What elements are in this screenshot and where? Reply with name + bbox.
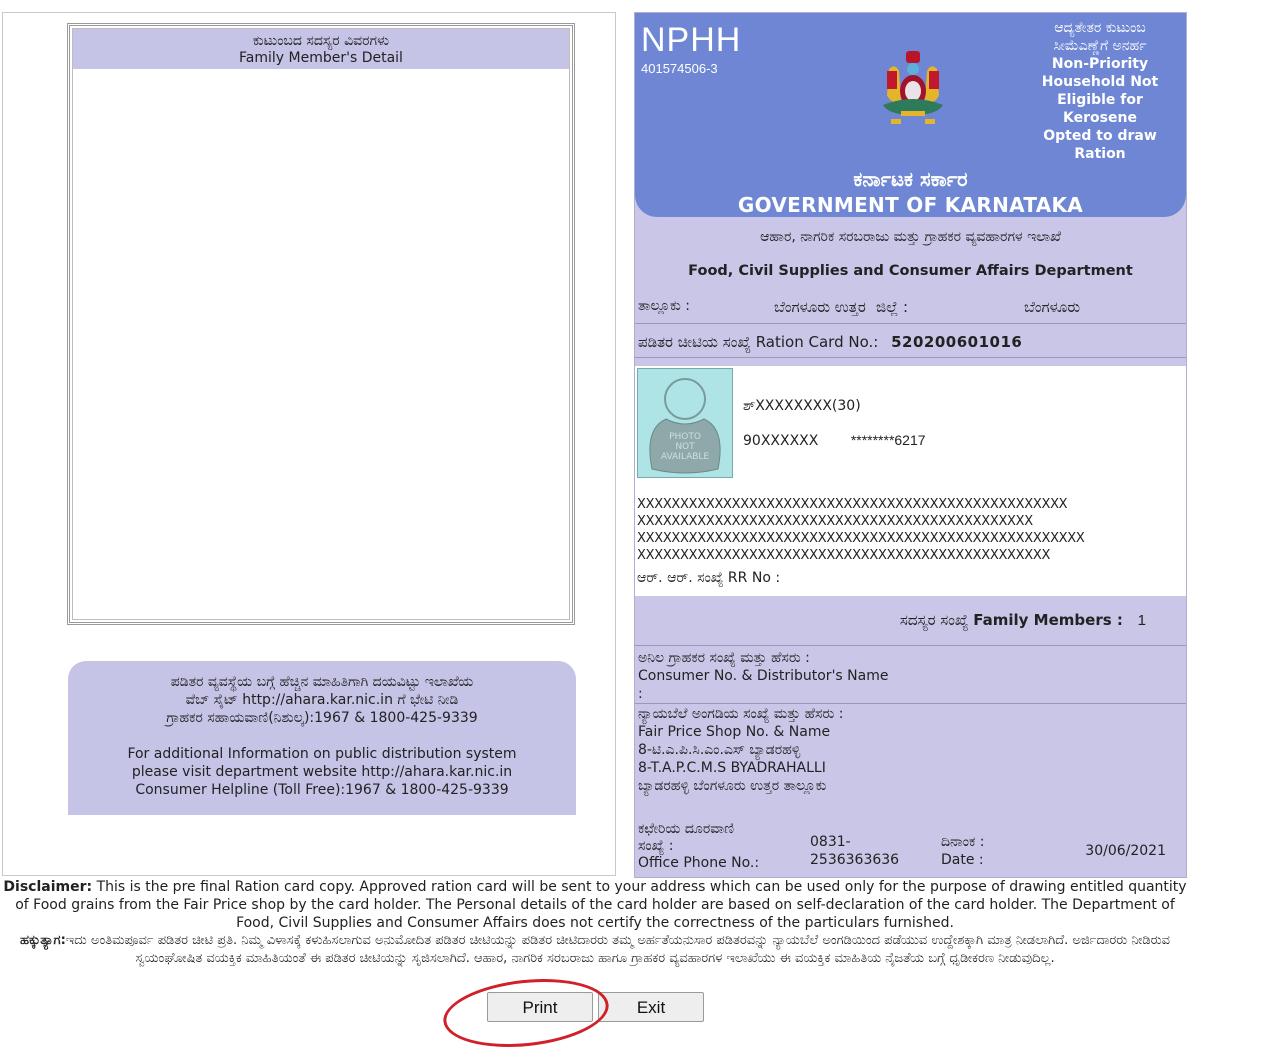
disclaimer-text-en: This is the pre final Ration card copy. … [15, 879, 1186, 931]
member-id-row: 90XXXXXX ********6217 [743, 432, 926, 449]
fps-label-en: Fair Price Shop No. & Name [638, 723, 843, 741]
category-en-line: Household Not [1020, 73, 1180, 91]
svg-text:PHOTO: PHOTO [669, 432, 701, 442]
exit-button[interactable]: Exit [598, 992, 704, 1022]
info-en-line1: For additional Information on public dis… [68, 745, 576, 763]
district-value: ಬೆಂಗಳೂರು [1024, 298, 1080, 316]
phone-value-part: 2536363636 [810, 851, 899, 869]
office-phone-label: ಕಛೇರಿಯ ದೂರವಾಣಿ ಸಂಖ್ಯೆ : Office Phone No.… [638, 821, 759, 872]
consumer-label-en: Consumer No. & Distributor's Name [638, 667, 888, 685]
info-en-line2: please visit department website http://a… [68, 763, 576, 781]
address-line: XXXXXXXXXXXXXXXXXXXXXXXXXXXXXXXXXXXXXXXX… [637, 530, 1182, 547]
office-phone-value: 0831- 2536363636 [810, 833, 899, 869]
member-id: 90XXXXXX [743, 433, 818, 449]
disclaimer: Disclaimer: This is the pre final Ration… [0, 878, 1190, 968]
category-en-line: Opted to draw [1020, 127, 1180, 145]
family-members-count: 1 [1138, 612, 1146, 629]
address-line: XXXXXXXXXXXXXXXXXXXXXXXXXXXXXXXXXXXXXXXX… [637, 513, 1182, 530]
taluk-label: ತಾಲ್ಲೂಕು : [638, 298, 690, 314]
rr-number-label: ಆರ್. ಆರ್. ಸಂಖ್ಯೆ RR No : [637, 570, 780, 586]
district-label: ಜಿಲ್ಲೆ : [876, 298, 908, 316]
person-silhouette-icon: PHOTO NOT AVAILABLE [638, 369, 732, 477]
category-en-line: Non-Priority [1020, 55, 1180, 73]
family-member-detail-header: ಕುಟುಂಬದ ಸದಸ್ಯರ ವಿವರಗಳು Family Member's D… [73, 29, 569, 69]
category-en-line: Eligible for [1020, 91, 1180, 109]
photo-placeholder: PHOTO NOT AVAILABLE [637, 368, 733, 478]
date-label-en: Date : [941, 851, 984, 869]
gas-consumer-block: ಅನಿಲ ಗ್ರಾಹಕರ ಸಂಖ್ಯೆ ಮತ್ತು ಹೆಸರು : Consum… [638, 649, 888, 703]
date-label-kn: ದಿನಾಂಕ : [941, 833, 984, 851]
fair-price-shop-block: ನ್ಯಾಯಬೆಲೆ ಅಂಗಡಿಯ ಸಂಖ್ಯೆ ಮತ್ತು ಹೆಸರು : Fa… [638, 705, 843, 795]
consumer-value: : [638, 685, 888, 703]
divider [635, 357, 1186, 358]
phone-label-kn: ಕಛೇರಿಯ ದೂರವಾಣಿ [638, 821, 759, 838]
member-details: PHOTO NOT AVAILABLE ಶ್XXXXXXXX(30) 90XXX… [635, 366, 1186, 596]
consumer-label-kn: ಅನಿಲ ಗ್ರಾಹಕರ ಸಂಖ್ಯೆ ಮತ್ತು ಹೆಸರು : [638, 649, 888, 667]
help-info-box: ಪಡಿತರ ವ್ಯವಸ್ಥೆಯ ಬಗ್ಗೆ ಹೆಚ್ಚಿನ ಮಾಹಿತಿಗಾಗಿ… [68, 661, 576, 815]
department-name-kn: ಆಹಾರ, ನಾಗರಿಕ ಸರಬರಾಜು ಮತ್ತು ಗ್ರಾಹಕರ ವ್ಯವಹ… [635, 229, 1186, 245]
date-label: ದಿನಾಂಕ : Date : [941, 833, 984, 869]
category-description: ಆದ್ಯತೇತರ ಕುಟುಂಬ ಸೀಮೆಎಣ್ಣೆಗೆ ಅನರ್ಹ Non-Pr… [1020, 19, 1180, 163]
taluk-value: ಬೆಂಗಳೂರು ಉತ್ತರ [774, 298, 866, 316]
info-kn-line3: ಗ್ರಾಹಕರ ಸಹಾಯವಾಣಿ(ನಿಶುಲ್ಕ):1967 & 1800-42… [68, 709, 576, 727]
category-en-line: Kerosene [1020, 109, 1180, 127]
disclaimer-en: Disclaimer: This is the pre final Ration… [0, 878, 1190, 932]
divider [635, 645, 1186, 646]
print-button[interactable]: Print [487, 992, 593, 1022]
disclaimer-text-kn: ಇದು ಅಂತಿಮಪೂರ್ವ ಪಡಿತರ ಚೀಟಿ ಪ್ರತಿ. ನಿಮ್ಮ ವ… [66, 933, 1170, 966]
svg-text:NOT: NOT [675, 442, 695, 452]
category-kn-line1: ಆದ್ಯತೇತರ ಕುಟುಂಬ [1020, 19, 1180, 37]
card-code: 401574506-3 [641, 61, 718, 76]
address-line: XXXXXXXXXXXXXXXXXXXXXXXXXXXXXXXXXXXXXXXX… [637, 547, 1182, 564]
category-code: NPHH [641, 21, 741, 60]
info-kn-line2: ವೆಬ್ ಸೈಟ್ http://ahara.kar.nic.in ಗೆ ಭೇಟ… [68, 691, 576, 709]
family-members-label: Family Members : [973, 611, 1123, 629]
left-panel: ಕುಟುಂಬದ ಸದಸ್ಯರ ವಿವರಗಳು Family Member's D… [2, 12, 616, 876]
government-title-kn: ಕರ್ನಾಟಕ ಸರ್ಕಾರ [635, 167, 1186, 191]
fps-location-kn: ಬ್ಯಾಡರಹಳ್ಳಿ ಬೆಂಗಳೂರು ಉತ್ತರ ತಾಲ್ಲೂಕು [638, 777, 843, 795]
info-kn-line1: ಪಡಿತರ ವ್ಯವಸ್ಥೆಯ ಬಗ್ಗೆ ಹೆಚ್ಚಿನ ಮಾಹಿತಿಗಾಗಿ… [68, 673, 576, 691]
disclaimer-title: Disclaimer: [3, 879, 92, 895]
fps-name-kn: 8-ಟಿ.ಎ.ಪಿ.ಸಿ.ಎಂ.ಎಸ್ ಬ್ಯಾಡರಹಳ್ಳಿ [638, 741, 843, 759]
ration-card-label: ಪಡಿತರ ಚೀಟಿಯ ಸಂಖ್ಯೆ Ration Card No.: [638, 333, 878, 351]
divider [635, 323, 1186, 324]
family-members-row: ಸದಸ್ಯರ ಸಂಖ್ಯೆ Family Members : 1 [900, 611, 1146, 629]
address-line: XXXXXXXXXXXXXXXXXXXXXXXXXXXXXXXXXXXXXXXX… [637, 496, 1182, 513]
info-en-line3: Consumer Helpline (Toll Free):1967 & 180… [68, 781, 576, 799]
card-header: NPHH 401574506-3 ಆದ್ಯತೇತರ ಕುಟುಂಬ ಸೀಮೆಎಣ್… [635, 13, 1186, 217]
phone-value-part: 0831- [810, 833, 899, 851]
department-name-en: Food, Civil Supplies and Consumer Affair… [635, 263, 1186, 279]
family-detail-title-en: Family Member's Detail [73, 50, 569, 67]
disclaimer-title-kn: ಹಕ್ಕುತ್ಯಾಗ: [20, 933, 66, 948]
category-en-line: Ration [1020, 145, 1180, 163]
family-detail-title-kn: ಕುಟುಂಬದ ಸದಸ್ಯರ ವಿವರಗಳು [73, 33, 569, 50]
ration-card-number: 520200601016 [891, 333, 1022, 351]
phone-label-en: Office Phone No.: [638, 855, 759, 872]
address-block: XXXXXXXXXXXXXXXXXXXXXXXXXXXXXXXXXXXXXXXX… [637, 496, 1182, 564]
phone-label-kn: ಸಂಖ್ಯೆ : [638, 838, 759, 855]
disclaimer-kn: ಹಕ್ಕುತ್ಯಾಗ:ಇದು ಅಂತಿಮಪೂರ್ವ ಪಡಿತರ ಚೀಟಿ ಪ್ರ… [0, 932, 1190, 968]
karnataka-emblem-icon [875, 49, 951, 129]
fps-name-en: 8-T.A.P.C.M.S BYADRAHALLI [638, 759, 843, 777]
ration-card-number-row: ಪಡಿತರ ಚೀಟಿಯ ಸಂಖ್ಯೆ Ration Card No.: 5202… [638, 333, 1022, 351]
category-kn-line2: ಸೀಮೆಎಣ್ಣೆಗೆ ಅನರ್ಹ [1020, 37, 1180, 55]
family-member-detail-box: ಕುಟುಂಬದ ಸದಸ್ಯರ ವಿವರಗಳು Family Member's D… [67, 23, 575, 625]
member-name-age: ಶ್XXXXXXXX(30) [743, 398, 861, 414]
government-title-en: GOVERNMENT OF KARNATAKA [635, 193, 1186, 217]
fps-label-kn: ನ್ಯಾಯಬೆಲೆ ಅಂಗಡಿಯ ಸಂಖ್ಯೆ ಮತ್ತು ಹೆಸರು : [638, 705, 843, 723]
family-members-label-kn: ಸದಸ್ಯರ ಸಂಖ್ಯೆ [900, 611, 969, 629]
ration-card: NPHH 401574506-3 ಆದ್ಯತೇತರ ಕುಟುಂಬ ಸೀಮೆಎಣ್… [634, 12, 1187, 878]
date-value: 30/06/2021 [1085, 843, 1166, 859]
divider [635, 703, 1186, 704]
svg-text:AVAILABLE: AVAILABLE [661, 452, 710, 462]
aadhaar-masked: ********6217 [851, 432, 926, 448]
